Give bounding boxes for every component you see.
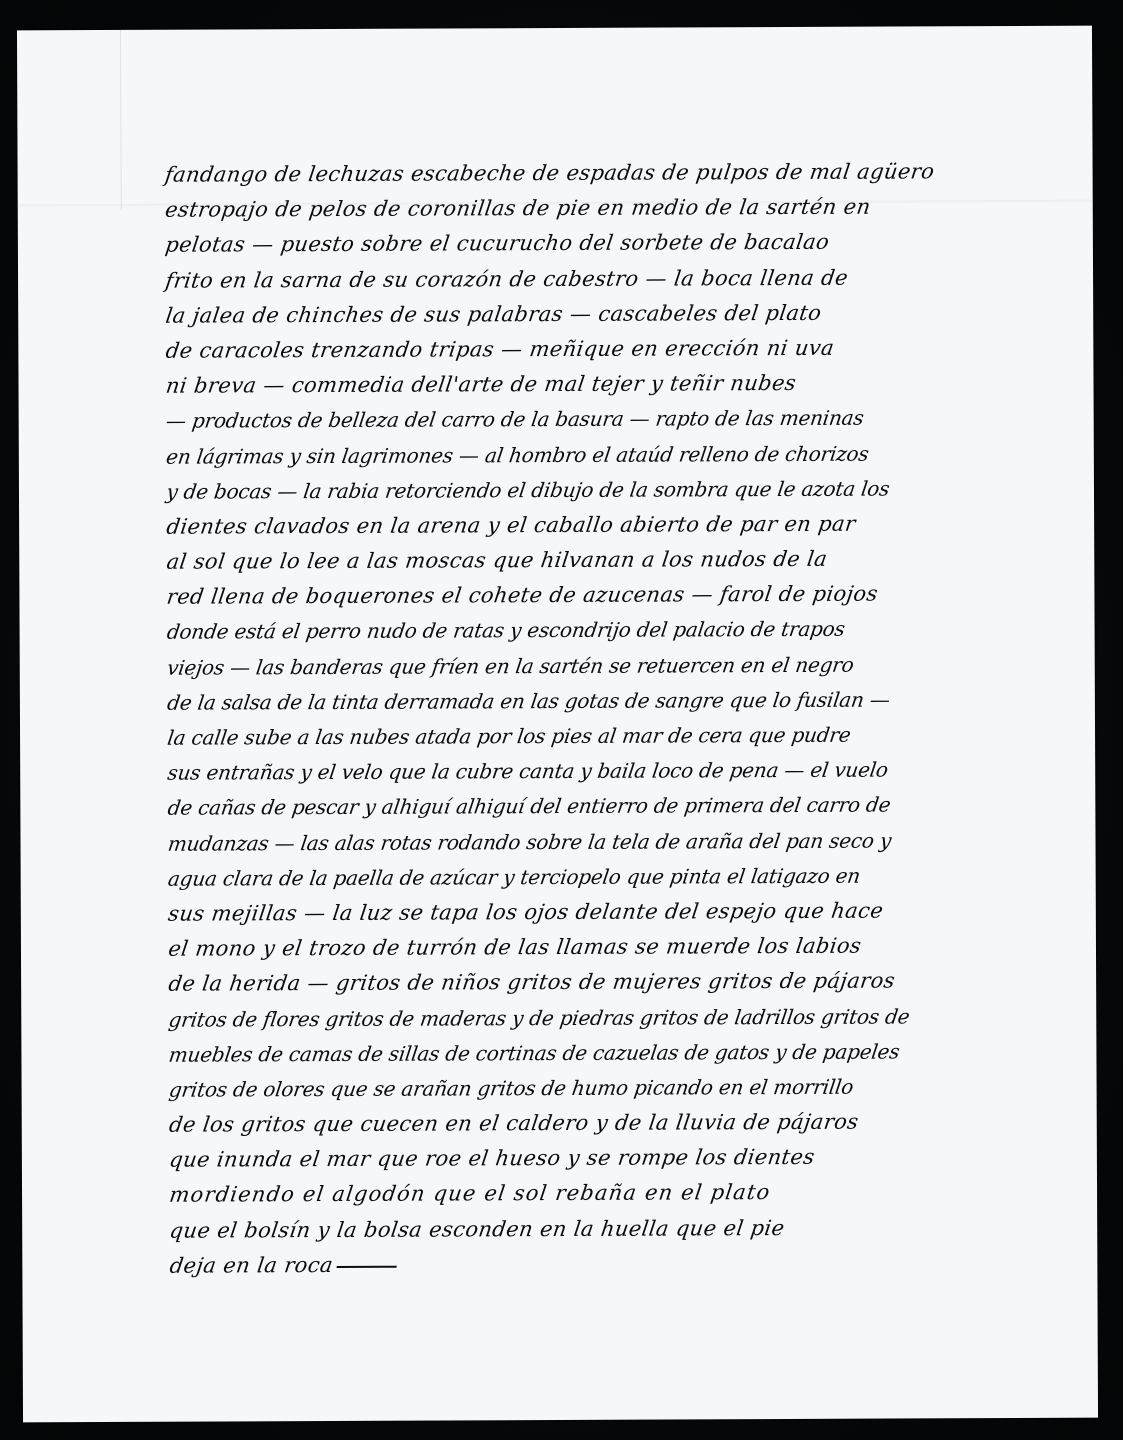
text-line: frito en la sarna de su corazón de cabes… <box>163 259 1078 298</box>
text-line: la calle sube a las nubes atada por los … <box>165 717 1080 756</box>
text-line: que inunda el mar que roe el hueso y se … <box>167 1139 1082 1178</box>
manuscript-page: fandango de lechuzas escabeche de espada… <box>17 26 1098 1423</box>
text-line: la jalea de chinches de sus palabras — c… <box>163 294 1078 333</box>
text-line: de la salsa de la tinta derramada en las… <box>165 682 1080 721</box>
text-line: el mono y el trozo de turrón de las llam… <box>166 928 1081 967</box>
text-line: de los gritos que cuecen en el caldero y… <box>167 1104 1082 1143</box>
text-line: en lágrimas y sin lagrimones — al hombro… <box>164 435 1079 474</box>
handwritten-text: fandango de lechuzas escabeche de espada… <box>163 154 1078 1284</box>
text-line: que el bolsín y la bolsa esconden en la … <box>167 1209 1082 1248</box>
text-line: pelotas — puesto sobre el cucurucho del … <box>163 224 1078 263</box>
text-line: de cañas de pescar y alhiguí alhiguí del… <box>165 787 1080 826</box>
text-line: gritos de flores gritos de maderas y de … <box>166 998 1081 1037</box>
text-line: muebles de camas de sillas de cortinas d… <box>167 1033 1082 1072</box>
text-line: al sol que lo lee a las moscas que hilva… <box>164 541 1079 580</box>
text-line: sus entrañas y el velo que la cubre cant… <box>165 752 1080 791</box>
text-line: de la herida — gritos de niños gritos de… <box>166 963 1081 1002</box>
text-line: viejos — las banderas que fríen en la sa… <box>165 646 1080 685</box>
text-line-final: deja en la roca <box>167 1245 1082 1284</box>
text-line: mudanzas — las alas rotas rodando sobre … <box>166 822 1081 861</box>
text-line: mordiendo el algodón que el sol rebaña e… <box>167 1174 1082 1213</box>
paper-fold-vertical <box>120 30 122 210</box>
text-line: — productos de belleza del carro de la b… <box>164 400 1079 439</box>
text-line: donde está el perro nudo de ratas y esco… <box>165 611 1080 650</box>
scan-background: fandango de lechuzas escabeche de espada… <box>0 0 1123 1440</box>
text-line: dientes clavados en la arena y el caball… <box>164 506 1079 545</box>
text-line: y de bocas — la rabia retorciendo el dib… <box>164 470 1079 509</box>
text-line: red llena de boquerones el cohete de azu… <box>165 576 1080 615</box>
text-line: ni breva — commedia dell'arte de mal tej… <box>164 365 1079 404</box>
text-line: agua clara de la paella de azúcar y terc… <box>166 857 1081 896</box>
text-line: de caracoles trenzando tripas — meñique … <box>163 330 1078 369</box>
text-line: estropajo de pelos de coronillas de pie … <box>163 189 1078 228</box>
text-line: gritos de olores que se arañan gritos de… <box>167 1069 1082 1108</box>
text-line: fandango de lechuzas escabeche de espada… <box>163 154 1078 193</box>
text-line: sus mejillas — la luz se tapa los ojos d… <box>166 893 1081 932</box>
